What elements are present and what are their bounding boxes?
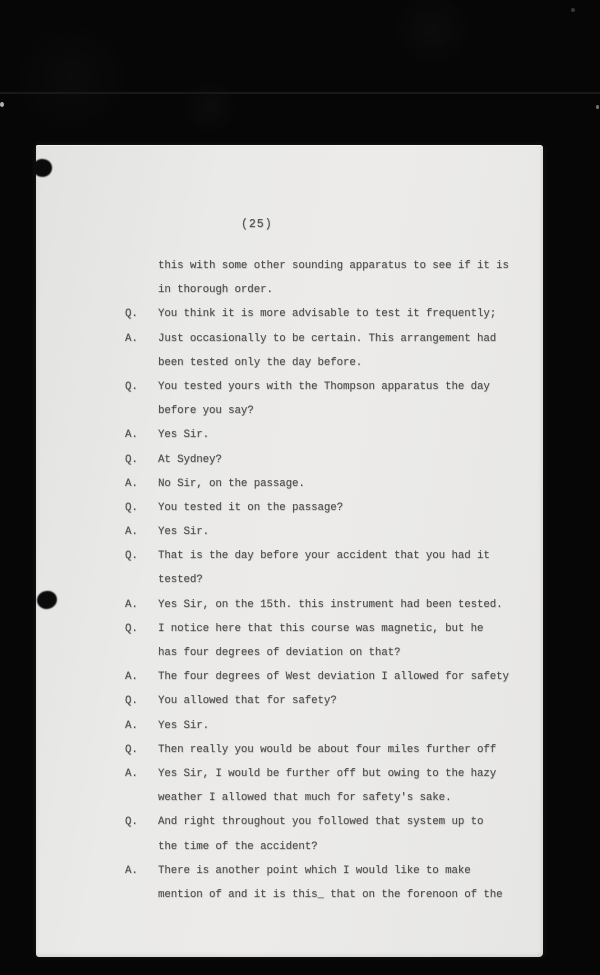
transcript-line: A.Just occasionally to be certain. This … bbox=[36, 329, 543, 353]
transcript-line: Q.You tested yours with the Thompson app… bbox=[36, 377, 543, 401]
line-text: Yes Sir. bbox=[158, 526, 209, 538]
transcript-line: Q.I notice here that this course was mag… bbox=[36, 619, 543, 643]
film-speck bbox=[571, 8, 575, 12]
film-frame-line bbox=[0, 92, 600, 94]
transcript-line: Q.You allowed that for safety? bbox=[36, 691, 543, 715]
qa-label: Q. bbox=[125, 623, 138, 635]
transcript-line: A.The four degrees of West deviation I a… bbox=[36, 667, 543, 691]
document-page: (25) this with some other sounding appar… bbox=[36, 145, 543, 957]
transcript-line: Q.You think it is more advisable to test… bbox=[36, 304, 543, 328]
transcript-line: the time of the accident? bbox=[36, 837, 543, 861]
transcript-line: A.Yes Sir. bbox=[36, 522, 543, 546]
line-text: You allowed that for safety? bbox=[158, 695, 337, 707]
transcript-line: A.Yes Sir. bbox=[36, 425, 543, 449]
qa-label: Q. bbox=[125, 816, 138, 828]
transcript-line: Q.At Sydney? bbox=[36, 450, 543, 474]
qa-label: Q. bbox=[125, 454, 138, 466]
qa-label: A. bbox=[125, 720, 138, 732]
scanned-document-view: (25) this with some other sounding appar… bbox=[0, 0, 600, 975]
line-text: tested? bbox=[158, 574, 203, 586]
line-text: Yes Sir. bbox=[158, 720, 209, 732]
line-text: At Sydney? bbox=[158, 454, 222, 466]
qa-label: A. bbox=[125, 333, 138, 345]
line-text: The four degrees of West deviation I all… bbox=[158, 671, 509, 683]
line-text: has four degrees of deviation on that? bbox=[158, 647, 400, 659]
transcript-line: weather I allowed that much for safety's… bbox=[36, 788, 543, 812]
qa-label: Q. bbox=[125, 695, 138, 707]
qa-label: A. bbox=[125, 526, 138, 538]
transcript-line: A.Yes Sir, I would be further off but ow… bbox=[36, 764, 543, 788]
line-text: this with some other sounding apparatus … bbox=[158, 260, 509, 272]
line-text: No Sir, on the passage. bbox=[158, 478, 305, 490]
transcript-line: this with some other sounding apparatus … bbox=[36, 256, 543, 280]
line-text: You tested yours with the Thompson appar… bbox=[158, 381, 490, 393]
qa-label: A. bbox=[125, 768, 138, 780]
transcript-line: Q.You tested it on the passage? bbox=[36, 498, 543, 522]
line-text: Yes Sir, I would be further off but owin… bbox=[158, 768, 496, 780]
qa-label: A. bbox=[125, 865, 138, 877]
transcript-line: in thorough order. bbox=[36, 280, 543, 304]
qa-label: A. bbox=[125, 599, 138, 611]
line-text: weather I allowed that much for safety's… bbox=[158, 792, 451, 804]
qa-label: A. bbox=[125, 478, 138, 490]
transcript-line: been tested only the day before. bbox=[36, 353, 543, 377]
qa-label: A. bbox=[125, 671, 138, 683]
qa-label: Q. bbox=[125, 308, 138, 320]
line-text: And right throughout you followed that s… bbox=[158, 816, 483, 828]
transcript-line: Q.That is the day before your accident t… bbox=[36, 546, 543, 570]
transcript-line: tested? bbox=[36, 570, 543, 594]
line-text: There is another point which I would lik… bbox=[158, 865, 471, 877]
line-text: been tested only the day before. bbox=[158, 357, 362, 369]
qa-label: Q. bbox=[125, 744, 138, 756]
qa-label: A. bbox=[125, 429, 138, 441]
transcript-line: A.No Sir, on the passage. bbox=[36, 474, 543, 498]
line-text: mention of and it is this_ that on the f… bbox=[158, 889, 502, 901]
transcript-line: mention of and it is this_ that on the f… bbox=[36, 885, 543, 909]
transcript-lines: this with some other sounding apparatus … bbox=[36, 256, 543, 909]
transcript-line: A.There is another point which I would l… bbox=[36, 861, 543, 885]
qa-label: Q. bbox=[125, 502, 138, 514]
page-number: (25) bbox=[241, 218, 273, 231]
line-text: I notice here that this course was magne… bbox=[158, 623, 483, 635]
line-text: Yes Sir. bbox=[158, 429, 209, 441]
transcript-line: before you say? bbox=[36, 401, 543, 425]
line-text: Then really you would be about four mile… bbox=[158, 744, 496, 756]
film-speck bbox=[596, 105, 599, 109]
line-text: You tested it on the passage? bbox=[158, 502, 343, 514]
line-text: Yes Sir, on the 15th. this instrument ha… bbox=[158, 599, 502, 611]
qa-label: Q. bbox=[125, 381, 138, 393]
transcript-line: A.Yes Sir, on the 15th. this instrument … bbox=[36, 595, 543, 619]
line-text: That is the day before your accident tha… bbox=[158, 550, 490, 562]
transcript-line: Q.And right throughout you followed that… bbox=[36, 812, 543, 836]
line-text: the time of the accident? bbox=[158, 841, 317, 853]
line-text: before you say? bbox=[158, 405, 254, 417]
line-text: Just occasionally to be certain. This ar… bbox=[158, 333, 496, 345]
qa-label: Q. bbox=[125, 550, 138, 562]
transcript-line: Q.Then really you would be about four mi… bbox=[36, 740, 543, 764]
line-text: in thorough order. bbox=[158, 284, 273, 296]
transcript-line: has four degrees of deviation on that? bbox=[36, 643, 543, 667]
transcript-line: A.Yes Sir. bbox=[36, 716, 543, 740]
line-text: You think it is more advisable to test i… bbox=[158, 308, 496, 320]
film-speck bbox=[0, 102, 4, 107]
